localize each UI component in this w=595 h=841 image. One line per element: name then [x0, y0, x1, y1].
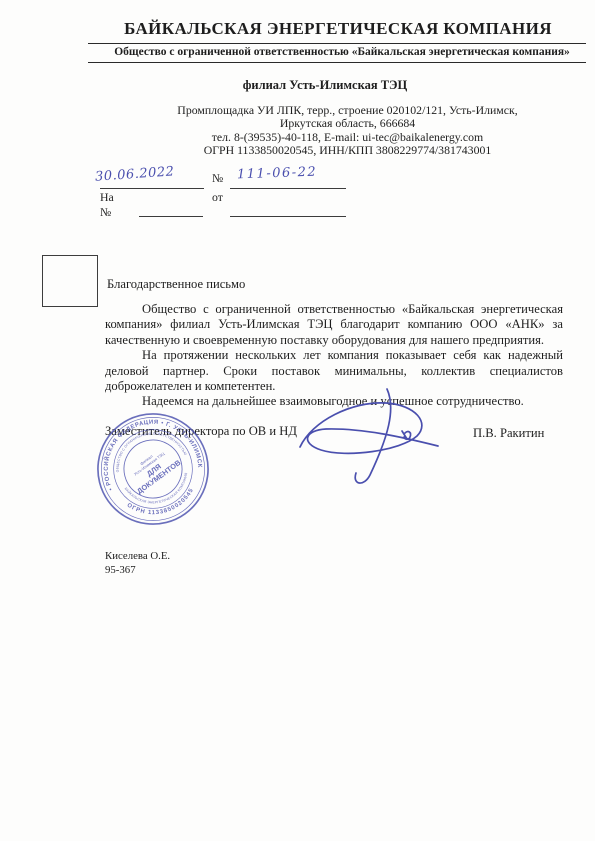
- handwritten-outgoing-number: 111-06-22: [237, 165, 318, 183]
- address-line: тел. 8-(39535)-40-118, E-mail: ui-tec@ba…: [110, 131, 585, 144]
- number-sign-label: №: [212, 171, 223, 186]
- executor-phone: 95-367: [105, 564, 170, 578]
- reference-block: 30.06.2022 № 111-06-22 На от №: [97, 169, 367, 229]
- number-underline: [230, 188, 346, 189]
- letter-document: БАЙКАЛЬСКАЯ ЭНЕРГЕТИЧЕСКАЯ КОМПАНИЯ Обще…: [0, 0, 595, 841]
- header-rule-bottom: [88, 62, 586, 63]
- header-rule-top: [88, 43, 586, 44]
- address-line: ОГРН 1133850020545, ИНН/КПП 3808229774/3…: [110, 144, 585, 157]
- executor-block: Киселева О.Е. 95-367: [105, 550, 170, 577]
- ot-label: от: [212, 190, 223, 205]
- address-line: Иркутская область, 666684: [110, 117, 585, 130]
- mark-box: [42, 255, 98, 307]
- incoming-number-sign-label: №: [100, 205, 111, 220]
- executor-name: Киселева О.Е.: [105, 550, 170, 564]
- signature-scribble: [290, 385, 450, 485]
- company-subtitle: Общество с ограниченной ответственностью…: [98, 46, 586, 58]
- date-underline: [100, 188, 204, 189]
- signer-name: П.В. Ракитин: [473, 426, 544, 441]
- branch-name: филиал Усть-Илимская ТЭЦ: [60, 78, 590, 93]
- incoming-number-blank-line: [139, 216, 203, 217]
- na-label: На: [100, 190, 114, 205]
- address-line: Промплощадка УИ ЛПК, терр., строение 020…: [110, 104, 585, 117]
- letter-subject: Благодарственное письмо: [107, 277, 245, 292]
- handwritten-date: 30.06.2022: [95, 164, 175, 185]
- company-title: БАЙКАЛЬСКАЯ ЭНЕРГЕТИЧЕСКАЯ КОМПАНИЯ: [90, 19, 586, 39]
- address-block: Промплощадка УИ ЛПК, терр., строение 020…: [110, 104, 585, 158]
- company-stamp-seal: • РОССИЙСКАЯ ФЕДЕРАЦИЯ • Г. УСТЬ-ИЛИМСК …: [94, 410, 212, 528]
- incoming-date-blank-line: [230, 216, 346, 217]
- paragraph: Общество с ограниченной ответственностью…: [105, 302, 563, 348]
